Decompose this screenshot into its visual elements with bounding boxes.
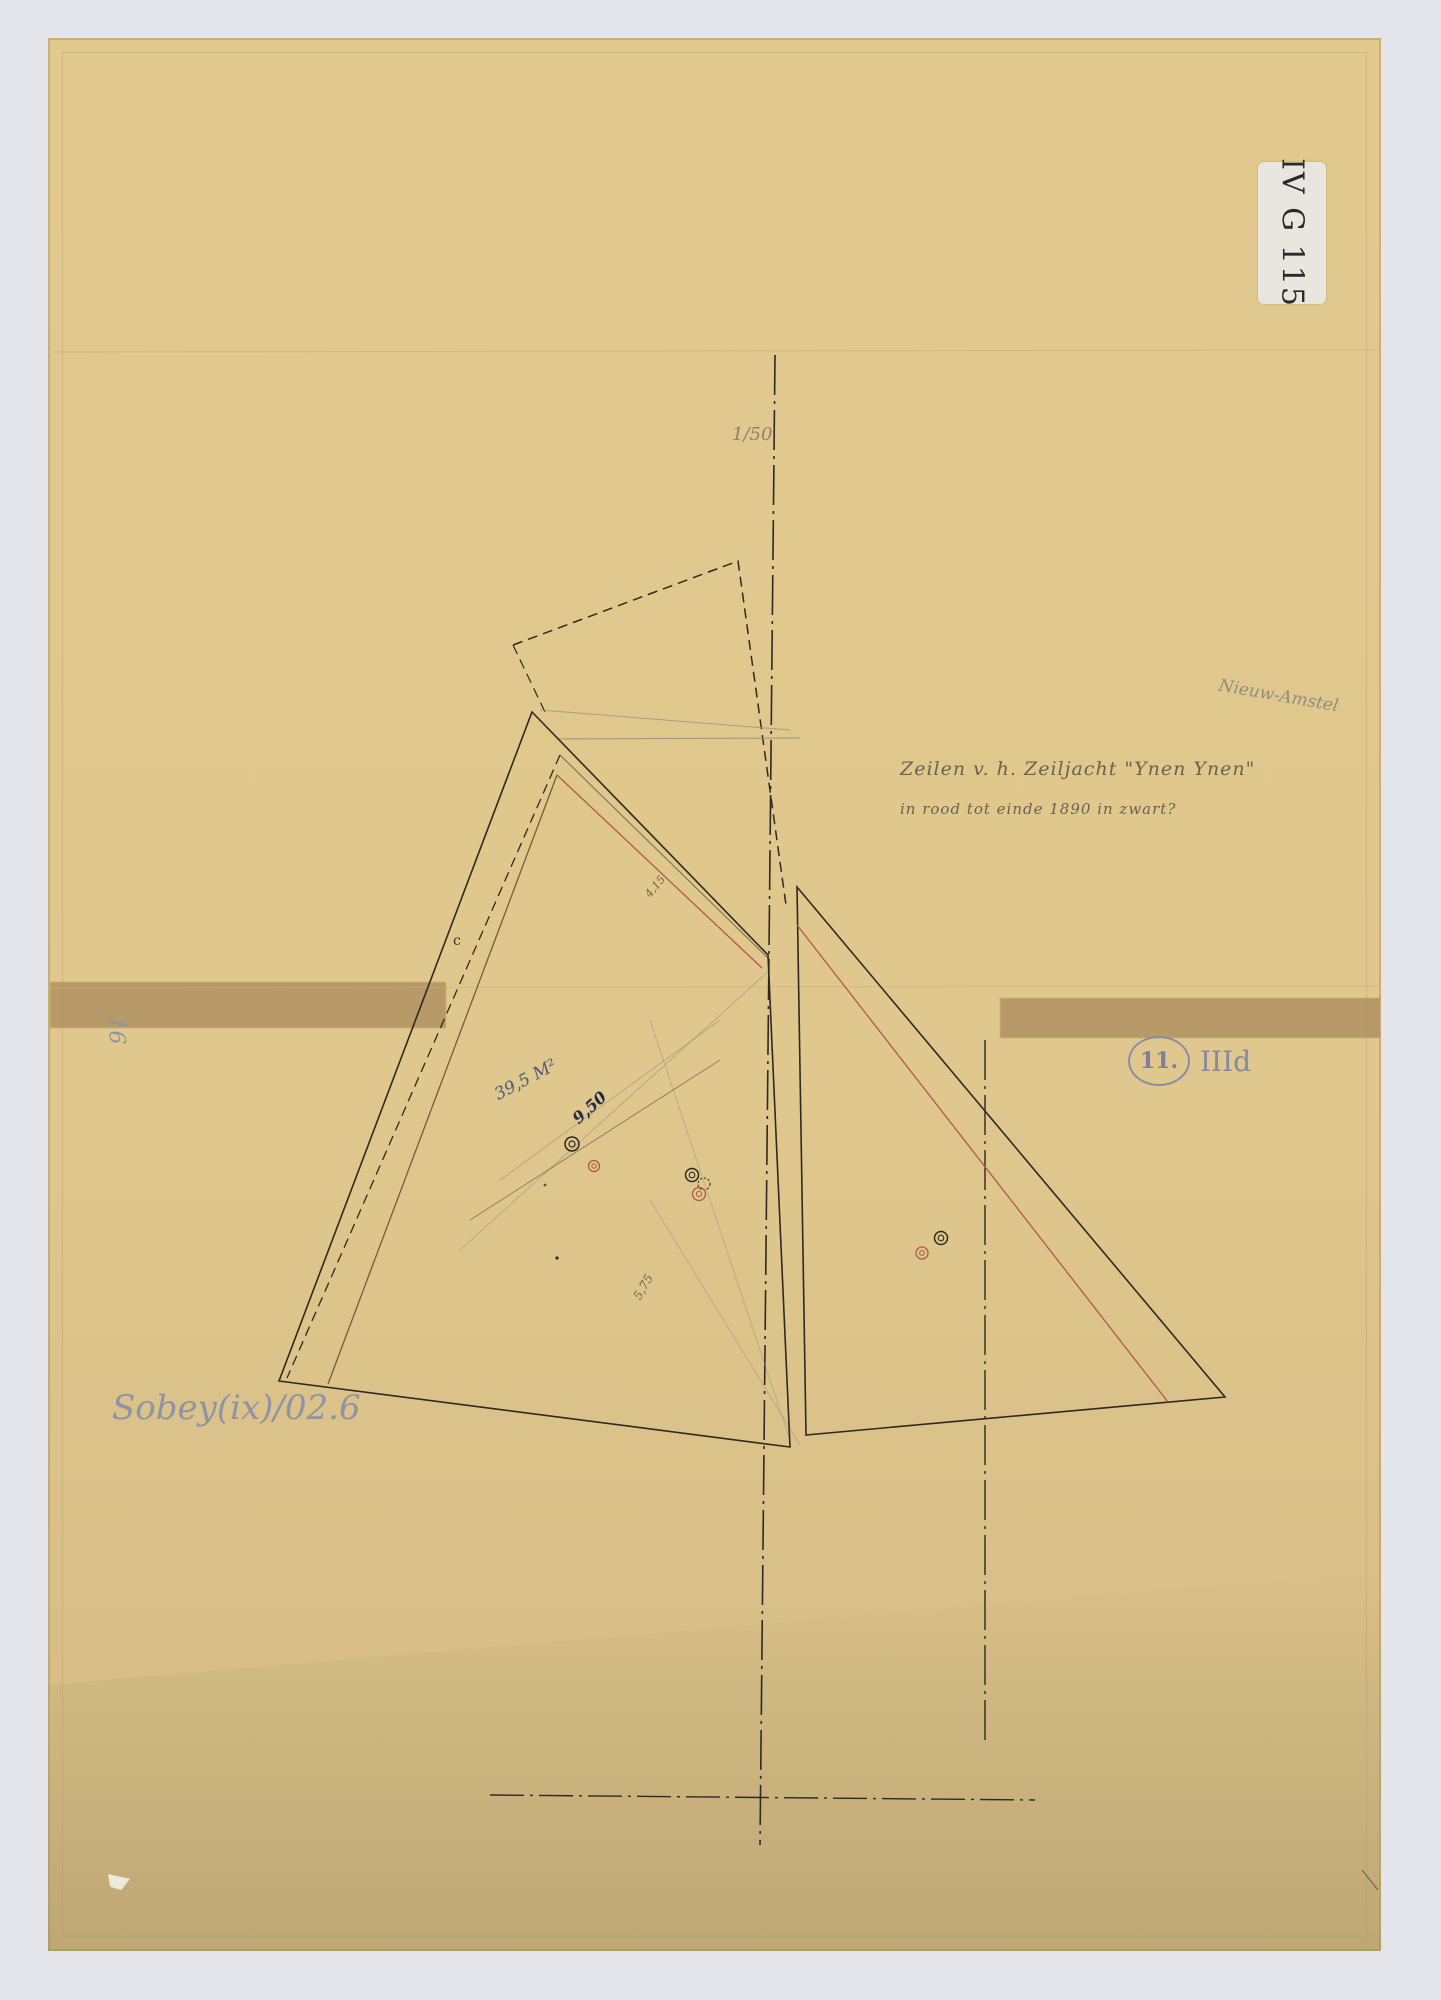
mast-centerline [760, 355, 775, 1845]
construction-line [460, 970, 770, 1250]
target-symbol-black [686, 1169, 699, 1182]
wavy-underline [220, 1430, 276, 1438]
caption-subtitle: in rood tot einde 1890 in zwart? [900, 800, 1176, 818]
fold-line [48, 350, 1380, 352]
stamp-circle-text: 11. [1140, 1048, 1178, 1074]
caption-title: Zeilen v. h. Zeiljacht "Ynen Ynen" [900, 758, 1255, 780]
mirrored-inventory-note: Sobey(ix)/02.6 [112, 1388, 361, 1428]
point-mark [555, 1256, 558, 1259]
foresail-red-outline [797, 925, 1168, 1402]
construction-line [540, 710, 790, 730]
construction-line [650, 1200, 800, 1445]
scale-note: 1/50 [732, 424, 772, 445]
luff-mark: c [453, 933, 461, 949]
point-mark [544, 1184, 547, 1187]
corner-tick [1362, 1870, 1378, 1890]
fold-line [48, 986, 1380, 988]
construction-line [650, 1020, 790, 1440]
stamp-circle: 11. [1128, 1036, 1190, 1086]
construction-line [558, 738, 800, 739]
foresail-outline [797, 887, 1225, 1435]
target-symbol-red [693, 1188, 706, 1201]
target-symbol-black [935, 1232, 948, 1245]
waterline [490, 1795, 1035, 1800]
target-symbol-red [589, 1161, 600, 1172]
mainsail-head-line [560, 755, 770, 960]
inventory-stamp: 11. IIId [1128, 1036, 1251, 1086]
sail-plan-drawing: c [0, 0, 1441, 2000]
mainsail-red-outline [557, 775, 762, 968]
mainsail-luff-dashed [287, 755, 560, 1378]
construction-line [500, 1020, 720, 1180]
target-symbol-red [916, 1247, 928, 1259]
topsail-outline [513, 645, 545, 712]
left-tape-note: 16 [104, 1017, 129, 1045]
stamp-code: IIId [1200, 1045, 1251, 1078]
topsail-outline [513, 561, 786, 905]
